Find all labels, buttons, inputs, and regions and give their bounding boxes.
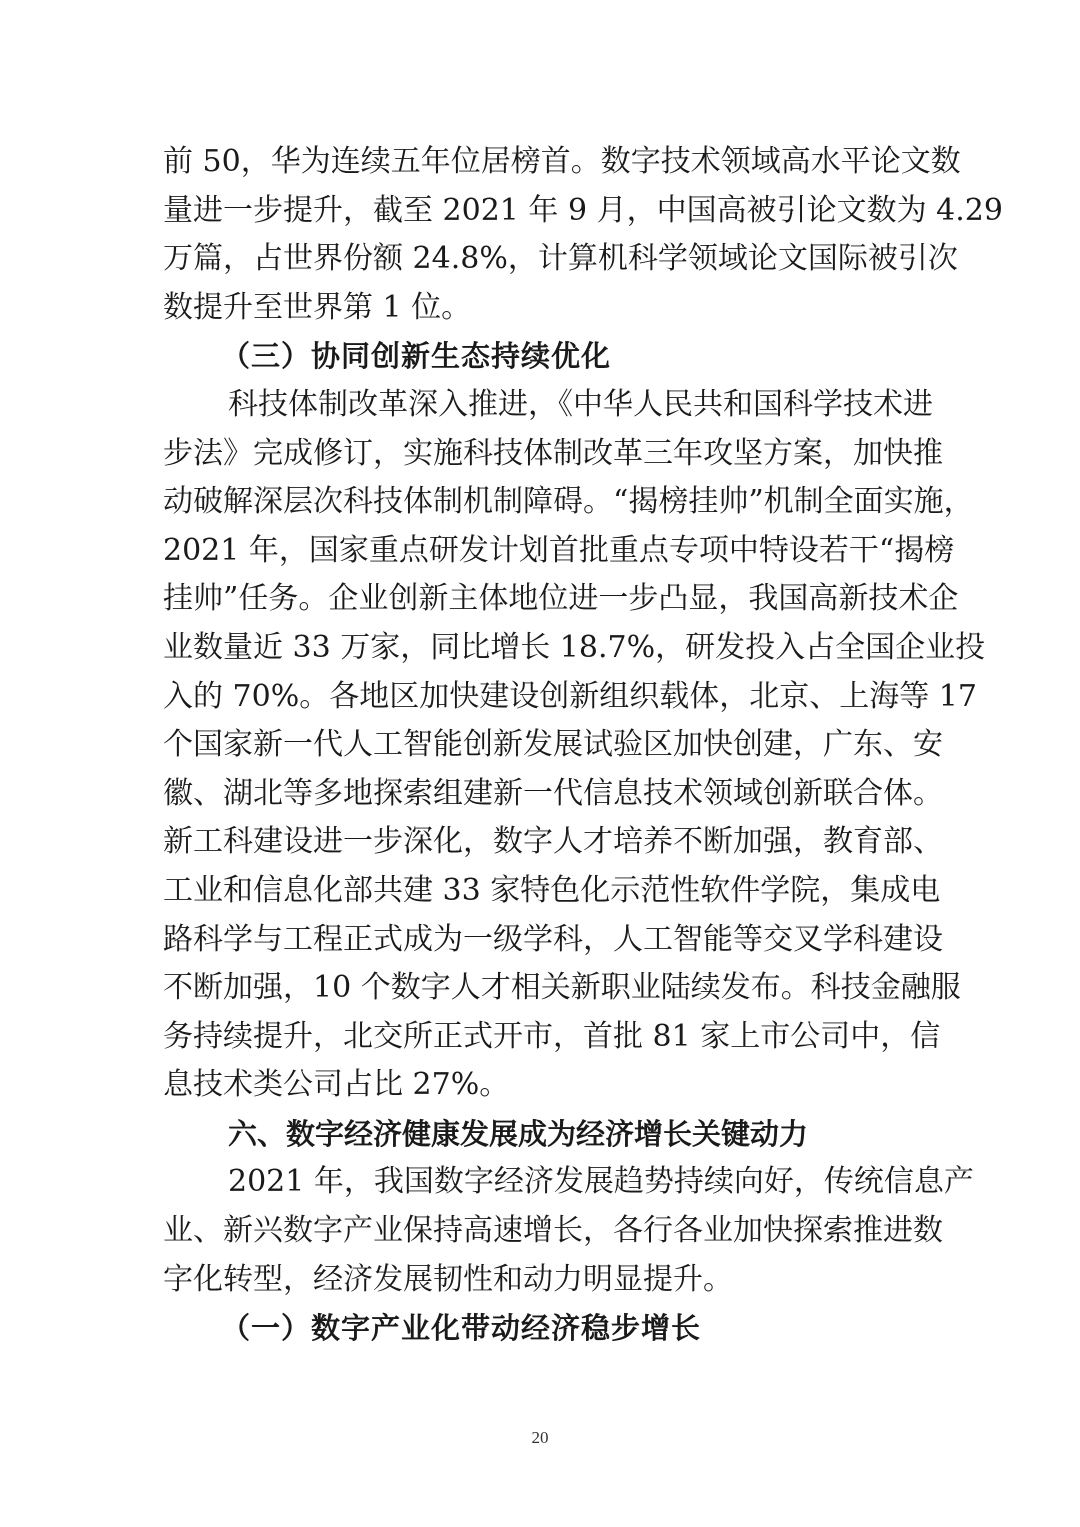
paragraph-line: 万篇，占世界份额 24.8%，计算机科学领域论文国际被引次: [163, 235, 917, 284]
paragraph-line: 前 50，华为连续五年位居榜首。数字技术领域高水平论文数: [163, 138, 917, 187]
paragraph-line: 数提升至世界第 1 位。: [163, 284, 917, 333]
paragraph-line: 字化转型，经济发展韧性和动力明显提升。: [163, 1256, 917, 1305]
paragraph-line: 路科学与工程正式成为一级学科，人工智能等交叉学科建设: [163, 916, 917, 965]
paragraph-line: 挂帅”任务。企业创新主体地位进一步凸显，我国高新技术企: [163, 575, 917, 624]
subsection-heading-3: （三）协同创新生态持续优化: [163, 332, 917, 381]
paragraph-line: 徽、湖北等多地探索组建新一代信息技术领域创新联合体。: [163, 770, 917, 819]
page-body: 前 50，华为连续五年位居榜首。数字技术领域高水平论文数 量进一步提升，截至 2…: [163, 138, 917, 1353]
paragraph-line: 个国家新一代人工智能创新发展试验区加快创建，广东、安: [163, 721, 917, 770]
paragraph-line: 动破解深层次科技体制机制障碍。“揭榜挂帅”机制全面实施，: [163, 478, 917, 527]
document-page: 前 50，华为连续五年位居榜首。数字技术领域高水平论文数 量进一步提升，截至 2…: [0, 0, 1080, 1527]
paragraph-line: 步法》完成修订，实施科技体制改革三年攻坚方案，加快推: [163, 430, 917, 479]
subsection-heading-1: （一）数字产业化带动经济稳步增长: [163, 1304, 917, 1353]
page-number: 20: [0, 1428, 1080, 1448]
paragraph-line: 息技术类公司占比 27%。: [163, 1061, 917, 1110]
paragraph-line: 务持续提升，北交所正式开市，首批 81 家上市公司中，信: [163, 1013, 917, 1062]
section-heading-6: 六、数字经济健康发展成为经济增长关键动力: [163, 1110, 917, 1159]
paragraph-line: 科技体制改革深入推进，《中华人民共和国科学技术进: [163, 381, 917, 430]
paragraph-line: 业数量近 33 万家，同比增长 18.7%，研发投入占全国企业投: [163, 624, 917, 673]
paragraph-line: 新工科建设进一步深化，数字人才培养不断加强，教育部、: [163, 818, 917, 867]
paragraph-line: 工业和信息化部共建 33 家特色化示范性软件学院，集成电: [163, 867, 917, 916]
paragraph-line: 量进一步提升，截至 2021 年 9 月，中国高被引论文数为 4.29: [163, 187, 917, 236]
paragraph-line: 2021 年，国家重点研发计划首批重点专项中特设若干“揭榜: [163, 527, 917, 576]
paragraph-line: 业、新兴数字产业保持高速增长，各行各业加快探索推进数: [163, 1207, 917, 1256]
paragraph-line: 入的 70%。各地区加快建设创新组织载体，北京、上海等 17: [163, 673, 917, 722]
paragraph-line: 不断加强，10 个数字人才相关新职业陆续发布。科技金融服: [163, 964, 917, 1013]
paragraph-line: 2021 年，我国数字经济发展趋势持续向好，传统信息产: [163, 1158, 917, 1207]
